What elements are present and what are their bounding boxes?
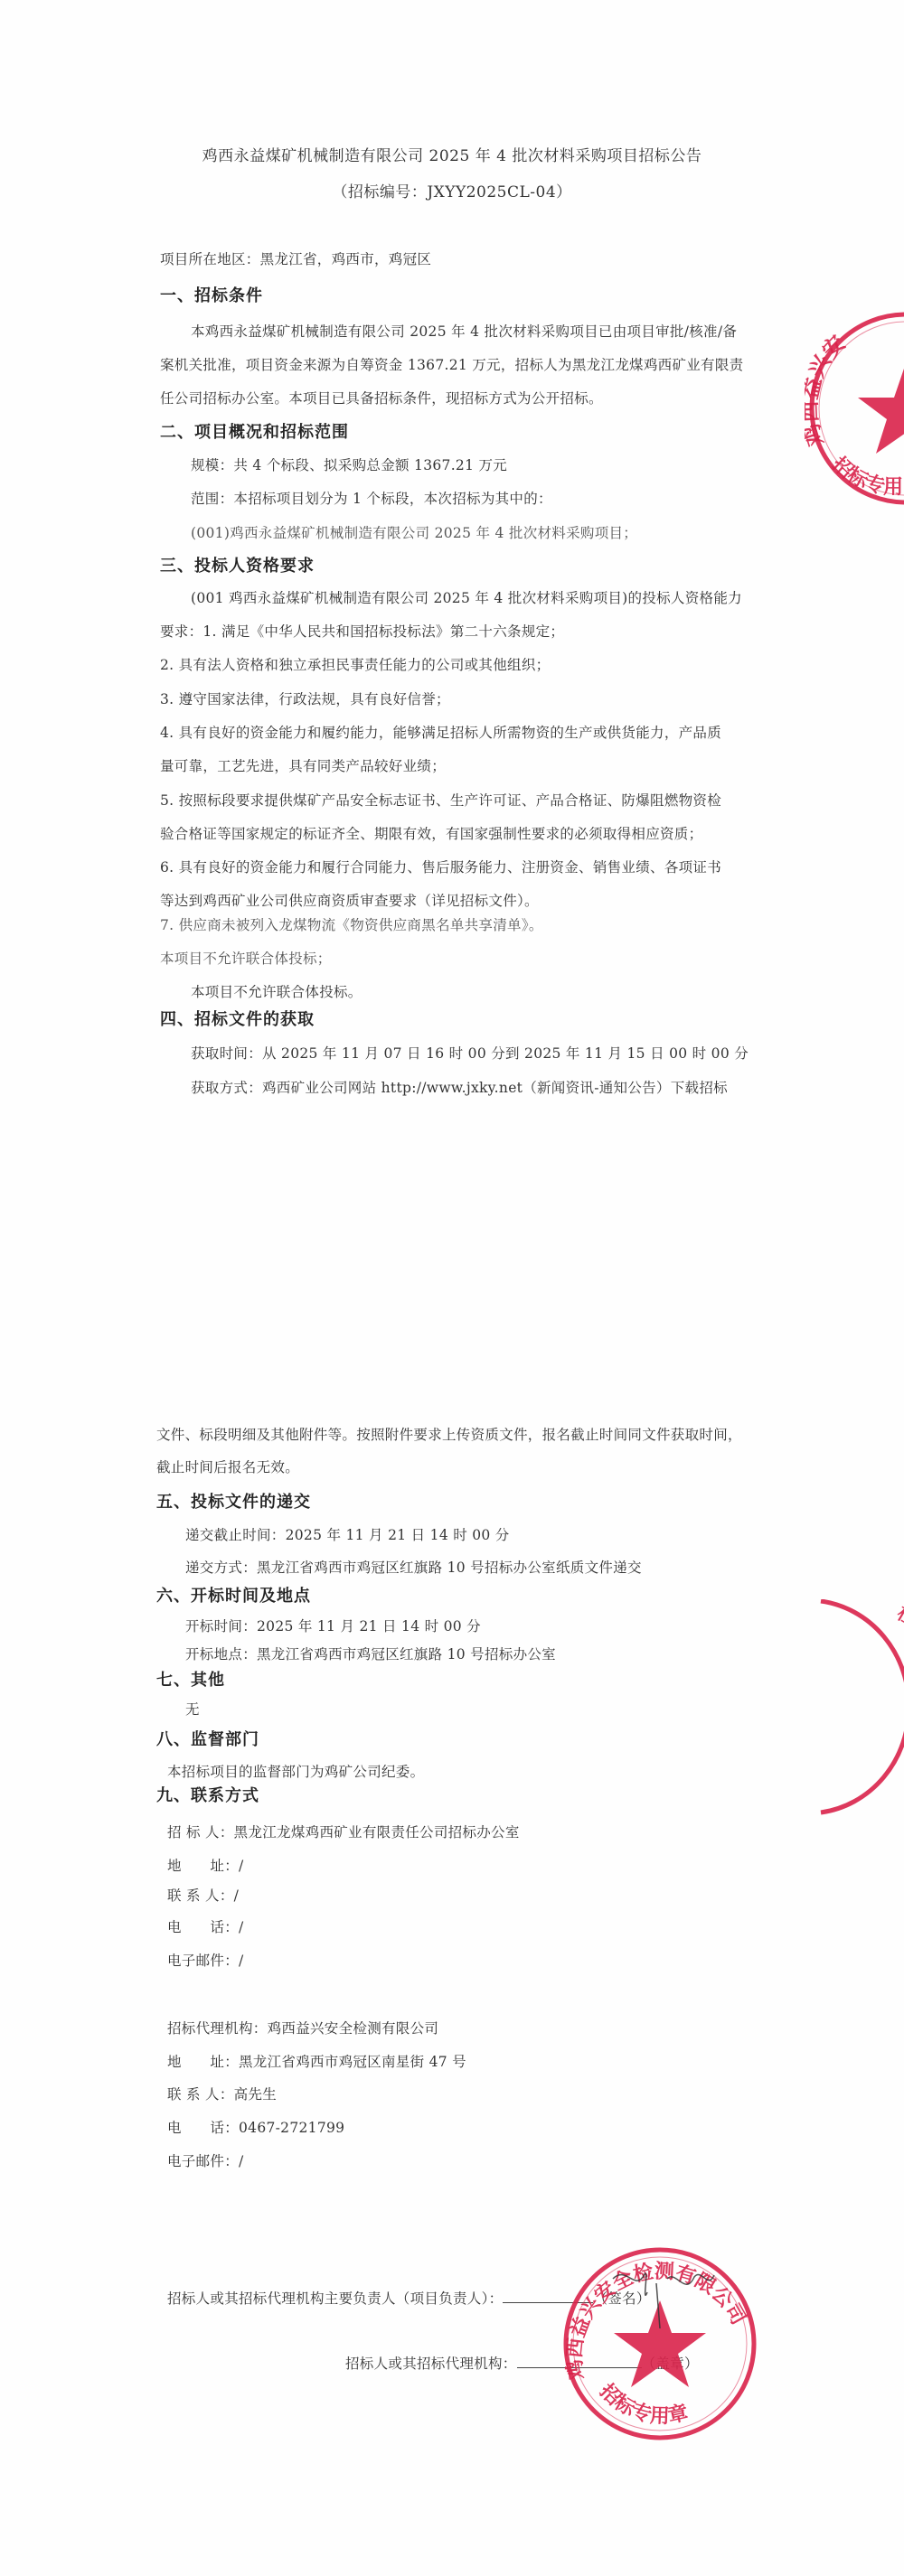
s3-line-11: 7. 供应商未被列入龙煤物流《物资供应商黑名单共享清单》。: [160, 916, 543, 934]
s4-method-cont-1: 文件、标段明细及其他附件等。按照附件要求上传资质文件，报名截止时间同文件获取时间…: [156, 1426, 742, 1444]
s1-line-3: 任公司招标办公室。本项目已具备招标条件，现招标方式为公开招标。: [160, 389, 603, 407]
svg-text:检测有限公司: 检测有限公司: [893, 1601, 904, 1713]
s1-line-2: 案机关批准，项目资金来源为自筹资金 1367.21 万元，招标人为黑龙江龙煤鸡西…: [160, 356, 743, 374]
s5-method: 递交方式：黑龙江省鸡西市鸡冠区红旗路 10 号招标办公室纸质文件递交: [185, 1559, 642, 1577]
s7-content: 无: [185, 1700, 200, 1719]
section-heading-3: 三、投标人资格要求: [160, 557, 315, 576]
signature-leader: 招标人或其招标代理机构主要负责人（项目负责人）：（签名）: [167, 2290, 651, 2308]
seal-stamp-top: 鸡西益兴安 招标专用: [805, 307, 904, 511]
s3-consortium: 本项目不允许联合体投标。: [191, 983, 363, 1001]
s3-line-12: 本项目不允许联合体投标；: [160, 950, 332, 968]
tenderer-address: 地 址：/: [167, 1857, 244, 1875]
s4-time: 获取时间：从 2025 年 11 月 07 日 16 时 00 分到 2025 …: [191, 1044, 749, 1063]
document-page: 鸡西永益煤矿机械制造有限公司 2025 年 4 批次材料采购项目招标公告 （招标…: [0, 0, 904, 2576]
document-title: 鸡西永益煤矿机械制造有限公司 2025 年 4 批次材料采购项目招标公告: [0, 143, 904, 165]
s3-line-10: 等达到鸡西矿业公司供应商资质审查要求（详见招标文件）。: [160, 892, 539, 910]
seal-stamp-bottom: 鸡西益兴安全检测有限公司 招标专用章: [559, 2243, 762, 2446]
s6-time: 开标时间：2025 年 11 月 21 日 14 时 00 分: [185, 1617, 481, 1635]
svg-text:鸡西益兴安: 鸡西益兴安: [805, 331, 851, 450]
svg-text:招标专用章: 招标专用章: [595, 2379, 690, 2428]
signature-leader-label: 招标人或其招标代理机构主要负责人（项目负责人）：: [167, 2290, 503, 2307]
section-heading-2: 二、项目概况和招标范围: [160, 423, 349, 443]
section-heading-6: 六、开标时间及地点: [156, 1587, 311, 1606]
section-heading-4: 四、招标文件的获取: [160, 1010, 315, 1030]
s3-line-8: 验合格证等国家规定的标证齐全、期限有效，有国家强制性要求的必须取得相应资质；: [160, 825, 702, 843]
s4-method-cont-2: 截止时间后报名无效。: [156, 1458, 299, 1476]
section-heading-1: 一、招标条件: [160, 286, 263, 306]
signature-org-suffix: （盖章）: [642, 2356, 699, 2372]
s3-line-2: 要求：1. 满足《中华人民共和国招标投标法》第二十六条规定；: [160, 623, 564, 641]
section-heading-7: 七、其他: [156, 1671, 225, 1691]
s3-line-9: 6. 具有良好的资金能力和履行合同能力、售后服务能力、注册资金、销售业绩、各项证…: [160, 858, 721, 876]
signature-org-label: 招标人或其招标代理机构：: [345, 2356, 517, 2372]
section-heading-9: 九、联系方式: [156, 1786, 259, 1806]
s3-line-5: 4. 具有良好的资金能力和履约能力，能够满足招标人所需物资的生产或供货能力，产品…: [160, 724, 721, 742]
signature-leader-suffix: （签名）: [593, 2290, 650, 2307]
agency-address: 地 址：黑龙江省鸡西市鸡冠区南星街 47 号: [167, 2053, 466, 2071]
s8-content: 本招标项目的监督部门为鸡矿公司纪委。: [167, 1763, 424, 1781]
s6-place: 开标地点：黑龙江省鸡西市鸡冠区红旗路 10 号招标办公室: [185, 1645, 556, 1663]
seal-line: [517, 2355, 642, 2368]
s1-line-1: 本鸡西永益煤矿机械制造有限公司 2025 年 4 批次材料采购项目已由项目审批/…: [191, 323, 737, 341]
project-location: 项目所在地区：黑龙江省，鸡西市，鸡冠区: [160, 250, 431, 268]
s2-scope: 范围：本招标项目划分为 1 个标段，本次招标为其中的：: [191, 490, 552, 508]
s3-line-3: 2. 具有法人资格和独立承担民事责任能力的公司或其他组织；: [160, 656, 550, 674]
s3-line-6: 量可靠，工艺先进，具有同类产品较好业绩；: [160, 757, 446, 775]
svg-text:招标专用: 招标专用: [828, 453, 904, 499]
bid-number: （招标编号：JXYY2025CL-04）: [0, 179, 904, 201]
s3-line-7: 5. 按照标段要求提供煤矿产品安全标志证书、生产许可证、产品合格证、防爆阻燃物资…: [160, 792, 721, 810]
agency-phone: 电 话：0467-2721799: [167, 2119, 344, 2137]
section-heading-5: 五、投标文件的递交: [156, 1493, 311, 1513]
s3-line-1: (001 鸡西永益煤矿机械制造有限公司 2025 年 4 批次材料采购项目)的投…: [191, 589, 742, 607]
signature-org: 招标人或其招标代理机构：（盖章）: [345, 2355, 699, 2373]
tenderer-email: 电子邮件：/: [167, 1952, 244, 1970]
tenderer-name: 招 标 人：黑龙江龙煤鸡西矿业有限责任公司招标办公室: [167, 1823, 520, 1841]
signature-line: [503, 2290, 593, 2303]
seal-stamp-middle: 检测有限公司: [814, 1599, 904, 1816]
tenderer-contact: 联 系 人：/: [167, 1887, 239, 1905]
s3-line-4: 3. 遵守国家法律，行政法规，具有良好信誉；: [160, 690, 450, 708]
s5-deadline: 递交截止时间：2025 年 11 月 21 日 14 时 00 分: [185, 1526, 510, 1544]
s4-method: 获取方式：鸡西矿业公司网站 http://www.jxky.net（新闻资讯-通…: [191, 1079, 728, 1097]
agency-email: 电子邮件：/: [167, 2152, 244, 2170]
tenderer-phone: 电 话：/: [167, 1918, 244, 1936]
agency-contact: 联 系 人：高先生: [167, 2085, 277, 2103]
s2-lot: (001)鸡西永益煤矿机械制造有限公司 2025 年 4 批次材料采购项目；: [191, 524, 637, 542]
s2-scale: 规模：共 4 个标段、拟采购总金额 1367.21 万元: [191, 456, 507, 474]
section-heading-8: 八、监督部门: [156, 1730, 259, 1750]
agency-name: 招标代理机构：鸡西益兴安全检测有限公司: [167, 2019, 438, 2037]
